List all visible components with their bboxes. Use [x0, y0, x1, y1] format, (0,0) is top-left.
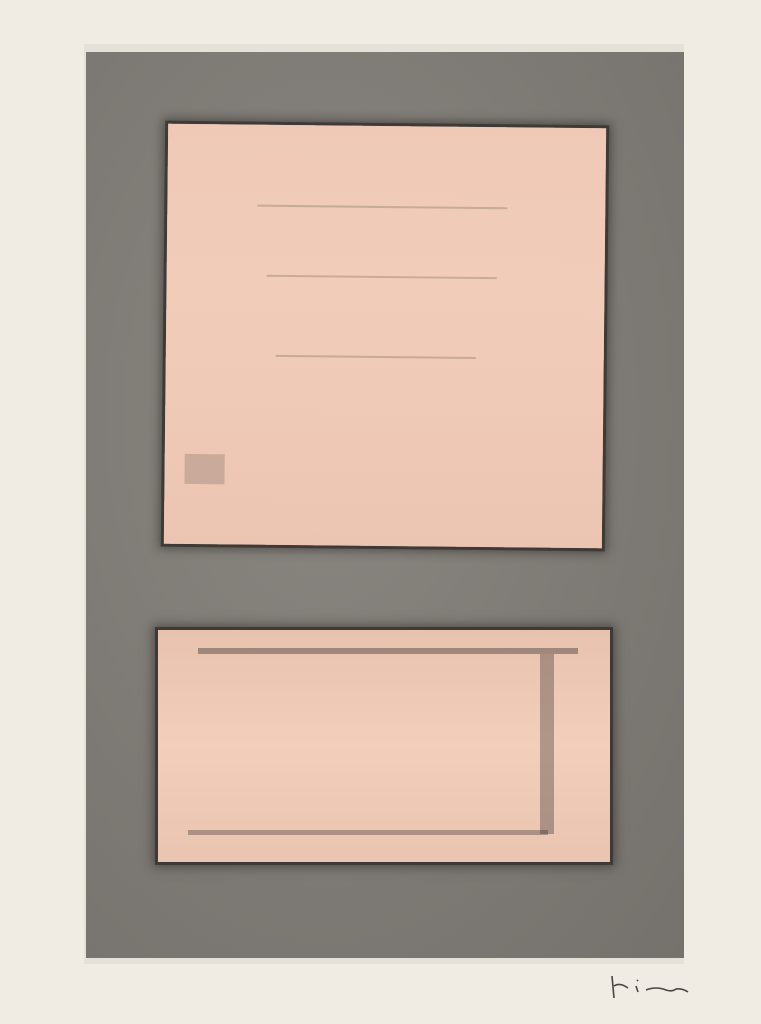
upper-pink-rectangle [164, 124, 606, 549]
paper-background [0, 0, 761, 1024]
lower-pink-rectangle [158, 630, 610, 862]
artist-signature [606, 970, 696, 1004]
